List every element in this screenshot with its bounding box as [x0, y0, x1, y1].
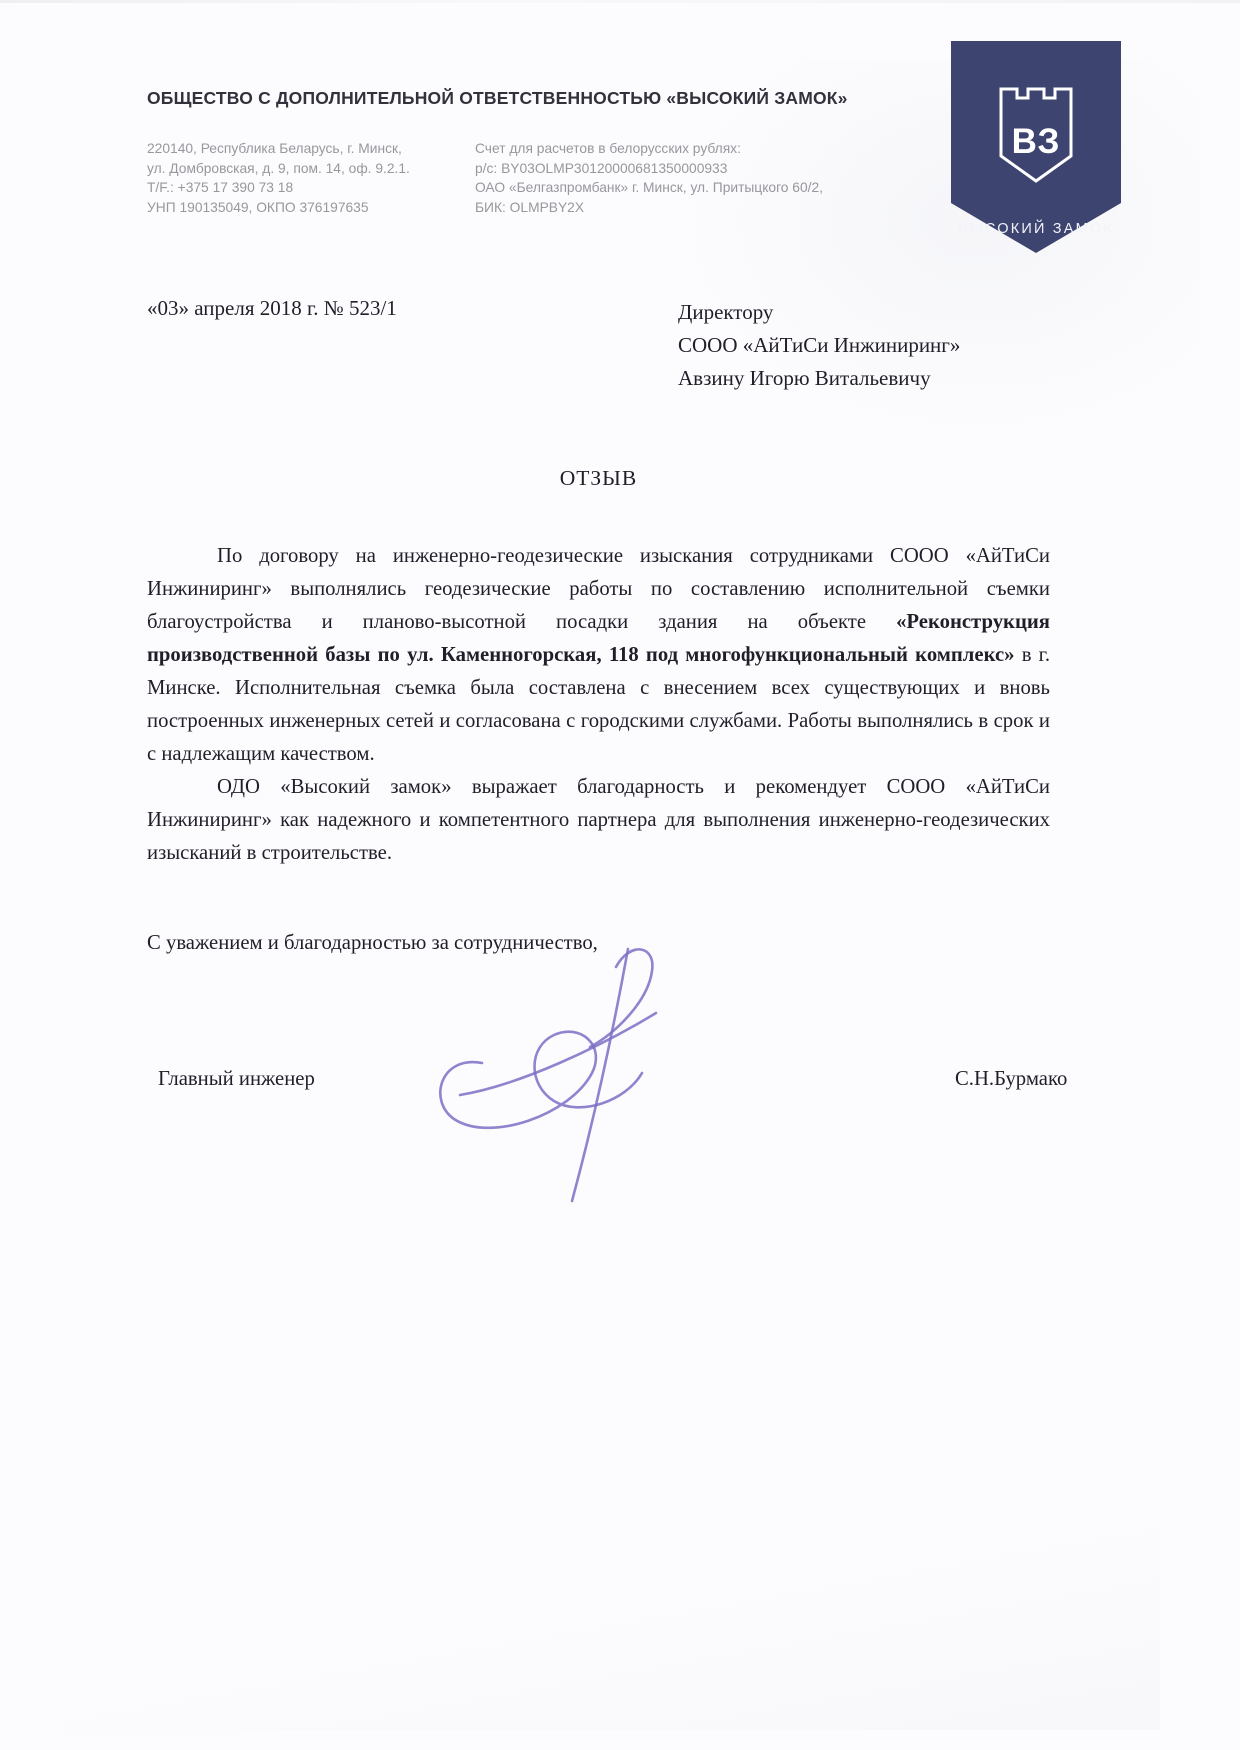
- shield-logo-icon: ВЗ ВЫСОКИЙ ЗАМОК: [950, 40, 1122, 258]
- addressee-block: Директору СООО «АйТиСи Инжиниринг» Авзин…: [678, 296, 960, 395]
- signer-position-title: Главный инженер: [158, 1068, 315, 1091]
- address-line: Т/F.: +375 17 390 73 18: [147, 178, 410, 198]
- signer-name: С.Н.Бурмако: [955, 1068, 1067, 1091]
- logo-caption: ВЫСОКИЙ ЗАМОК: [958, 219, 1114, 237]
- company-title: ОБЩЕСТВО С ДОПОЛНИТЕЛЬНОЙ ОТВЕТСТВЕННОСТ…: [147, 88, 907, 109]
- addressee-line: СООО «АйТиСи Инжиниринг»: [678, 329, 960, 362]
- bank-line: БИК: OLMPBY2X: [475, 198, 823, 218]
- handwritten-signature: [420, 905, 690, 1205]
- bank-line: Счет для расчетов в белорусских рублях:: [475, 139, 823, 159]
- logo-monogram: ВЗ: [1012, 122, 1061, 161]
- date-and-number: «03» апреля 2018 г. № 523/1: [147, 296, 397, 321]
- address-line: 220140, Республика Беларусь, г. Минск,: [147, 139, 410, 159]
- letter-body: По договору на инженерно-геодезические и…: [147, 540, 1050, 870]
- bank-details: Счет для расчетов в белорусских рублях: …: [475, 139, 823, 217]
- address-line: ул. Домбровская, д. 9, пом. 14, оф. 9.2.…: [147, 159, 410, 179]
- bank-line: ОАО «Белгазпромбанк» г. Минск, ул. Приты…: [475, 178, 823, 198]
- bank-line: р/с: BY03OLMP30120000681350000933: [475, 159, 823, 179]
- addressee-line: Директору: [678, 296, 960, 329]
- document-title: ОТЗЫВ: [147, 466, 1050, 491]
- letter-page: ОБЩЕСТВО С ДОПОЛНИТЕЛЬНОЙ ОТВЕТСТВЕННОСТ…: [0, 0, 1240, 1750]
- addressee-line: Авзину Игорю Витальевичу: [678, 362, 960, 395]
- company-address: 220140, Республика Беларусь, г. Минск, у…: [147, 139, 410, 217]
- address-line: УНП 190135049, ОКПО 376197635: [147, 198, 410, 218]
- paragraph: По договору на инженерно-геодезические и…: [147, 540, 1050, 771]
- company-logo: ВЗ ВЫСОКИЙ ЗАМОК: [950, 40, 1122, 258]
- paragraph: ОДО «Высокий замок» выражает благодарнос…: [147, 771, 1050, 870]
- scan-shadow-artifact: [60, 1350, 1160, 1730]
